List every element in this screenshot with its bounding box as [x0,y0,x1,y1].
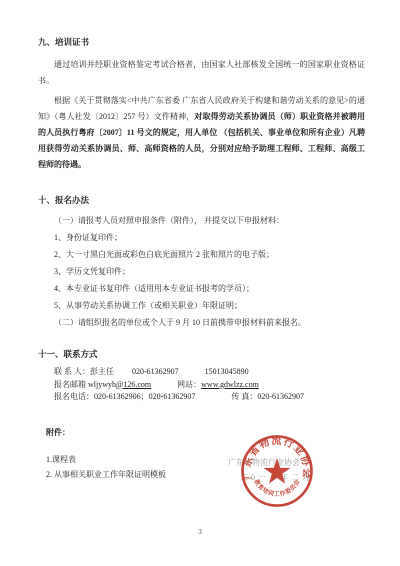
list-item: 5、从事劳动关系协调工作（或相关职业）年限证明； [38,297,365,314]
document-page: 九、培训证书 通过培训并经职业资格鉴定考试合格者，由国家人社部核发全国统一的国家… [0,0,400,566]
list-item: 1、身份证复印件； [38,229,365,246]
list-item: 2、大一寸黑白光面或彩色白底光面照片 2 张和照片的电子版； [38,246,365,263]
fax-number: 020-61362907 [257,392,304,401]
attachments-list: 1.课程表 2. 从事相关职业工作年限证明模板 [46,452,365,482]
official-seal-stamp: 广东省物流行业协会 教育培训工作委员会 [239,433,315,509]
section10-intro: （一）请报考人员对照申报条件（附件）， 并提交以下申报材料： [38,212,365,229]
email-label: 报名邮箱 [54,380,88,389]
section10-list: （一）请报考人员对照申报条件（附件）， 并提交以下申报材料： 1、身份证复印件；… [38,212,365,331]
document-content: 九、培训证书 通过培训并经职业资格鉴定考试合格者，由国家人社部核发全国统一的国家… [38,35,365,482]
attachment-item: 2. 从事相关职业工作年限证明模板 [46,467,365,482]
section10-outro: （二）请组织报名的单位或个人于 9 月 10 日前携带申报材料前来报名。 [38,314,365,331]
attachments-block: 附件： 1.课程表 2. 从事相关职业工作年限证明模板 [46,426,365,482]
section9-paragraph-1: 通过培训并经职业资格鉴定考试合格者，由国家人社部核发全国统一的国家职业资格证书。 [38,57,365,89]
contact-name: 彭主任 [90,367,114,376]
section10-heading: 十、报名办法 [38,193,365,208]
contact-person-line: 联 系 人：彭主任020-6136290715013045890 [38,366,365,379]
contact-label: 联 系 人： [54,367,90,376]
email-user: wljywyh [88,380,116,389]
seal-bottom-text: 教育培训工作委员会 [252,477,302,498]
contact-mobile: 15013045890 [205,367,249,376]
attachment-item: 1.课程表 [46,452,365,467]
list-item: 3、学历文凭复印件； [38,263,365,280]
section11-heading: 十一、联系方式 [38,347,365,362]
contact-email-line: 报名邮箱 wljywyh@126.com网站：www.gdwlzz.com [38,379,365,392]
contact-phone-line: 报名电话：020-61362906；020-61362907传 真：020-61… [38,391,365,404]
phone-numbers: 020-61362906；020-61362907 [94,392,195,401]
attachments-heading: 附件： [46,426,365,440]
phone-label: 报名电话： [54,392,94,401]
section9-heading: 九、培训证书 [38,35,365,50]
contact-block: 联 系 人：彭主任020-6136290715013045890 报名邮箱 wl… [38,366,365,404]
website-label: 网站： [177,380,201,389]
email-link[interactable]: @126.com [116,380,151,389]
website-link[interactable]: www.gdwlzz.com [201,380,259,389]
contact-phone: 020-61362907 [132,367,179,376]
seal-star-icon [264,458,291,484]
fax-label: 传 真： [231,392,257,401]
page-number: 3 [0,527,400,536]
list-item: 4、本专业证书复印件（适用用本专业证书报考的学员）； [38,280,365,297]
section9-paragraph-2: 根据《关于贯彻落实<中共广东省委 广东省人民政府关于构建和谐劳动关系的意见>的通… [38,93,365,173]
